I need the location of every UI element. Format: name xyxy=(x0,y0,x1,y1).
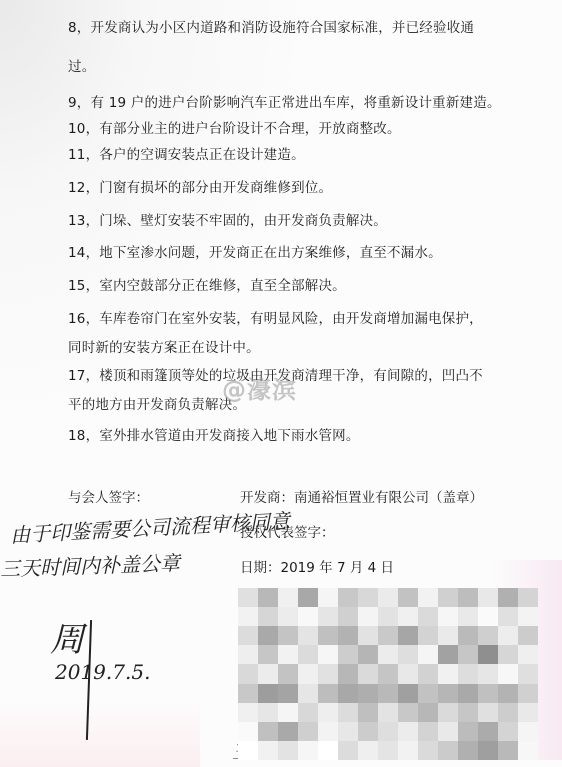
pixelated-redaction xyxy=(238,588,538,760)
handwritten-note-line2: 三天时间内补盖公章 xyxy=(0,547,180,582)
paper-tint xyxy=(0,700,200,767)
item-14: 14，地下室渗水问题，开发商正在出方案维修，直至不漏水。 xyxy=(68,245,442,261)
handwritten-note-line1: 由于印鉴需要公司流程审核同意 xyxy=(9,505,290,549)
attendee-signature-label: 与会人签字： xyxy=(68,486,149,506)
item-18: 18，室外排水管道由开发商接入地下雨水管网。 xyxy=(68,428,360,444)
item-15: 15，室内空鼓部分正在维修，直至全部解决。 xyxy=(68,278,346,294)
item-9: 9，有 19 户的进户台阶影响汽车正常进出车库，将重新设计重新建造。 xyxy=(68,95,501,111)
item-16-cont: 同时新的安装方案正在设计中。 xyxy=(68,340,260,356)
item-17-cont: 平的地方由开发商负责解决。 xyxy=(68,397,246,413)
handwritten-date: 2019.7.5. xyxy=(55,660,150,684)
handwritten-signature: 周 xyxy=(50,612,84,661)
document-page: 8，开发商认为小区内道路和消防设施符合国家标准，并已经验收通 过。 9，有 19… xyxy=(0,0,562,767)
item-12: 12，门窗有损坏的部分由开发商维修到位。 xyxy=(68,180,332,196)
item-8: 8，开发商认为小区内道路和消防设施符合国家标准，并已经验收通 xyxy=(68,20,474,36)
item-10: 10，有部分业主的进户台阶设计不合理，开放商整改。 xyxy=(68,121,401,137)
item-11: 11，各户的空调安装点正在设计建造。 xyxy=(68,147,305,163)
developer-label: 开发商：南通裕恒置业有限公司（盖章） xyxy=(240,486,483,506)
item-16: 16，车库卷帘门在室外安装，有明显风险，由开发商增加漏电保护， xyxy=(68,311,483,327)
watermark: @濠滨 xyxy=(222,370,297,405)
item-13: 13，门垛、壁灯安装不牢固的，由开发商负责解决。 xyxy=(68,213,387,229)
date-label: 日期：2019 年 7 月 4 日 xyxy=(240,556,394,576)
item-8-cont: 过。 xyxy=(68,59,95,75)
